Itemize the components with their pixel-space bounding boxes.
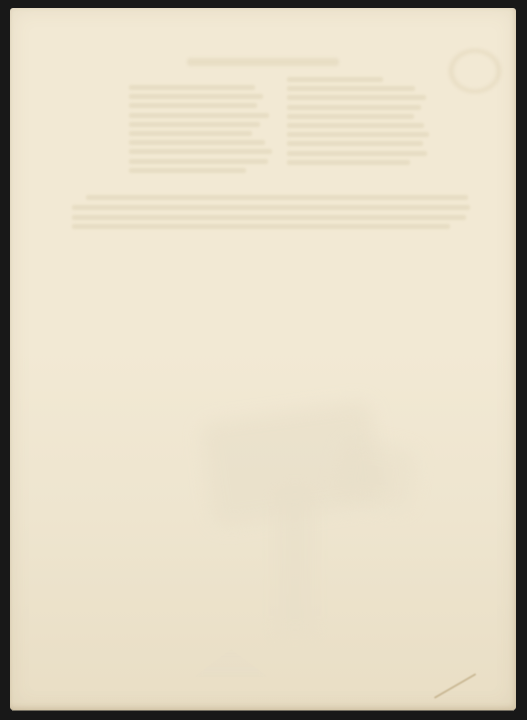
bleedthrough-text-line xyxy=(129,159,268,164)
page-bottom-edge-highlight xyxy=(12,710,514,711)
bleedthrough-text-line xyxy=(287,123,424,128)
bleedthrough-text-line xyxy=(287,105,421,110)
bleedthrough-text-column-right xyxy=(287,77,433,169)
bleedthrough-image-ghost xyxy=(333,438,419,512)
bleedthrough-text-line xyxy=(129,131,252,136)
scanned-page-screenshot: { "scan": { "description": "Blank aged b… xyxy=(0,0,527,720)
bleedthrough-text-line xyxy=(129,113,269,118)
bleedthrough-text-line xyxy=(129,103,257,108)
bleedthrough-text-line xyxy=(287,95,426,100)
bleedthrough-text-line xyxy=(129,85,255,90)
bleedthrough-text-column-left xyxy=(129,85,275,177)
bleedthrough-text-line xyxy=(287,151,427,156)
bleedthrough-text-line xyxy=(287,160,410,165)
diagonal-scratch xyxy=(434,673,476,698)
ring-stain xyxy=(448,48,502,94)
bleedthrough-image-ghost xyxy=(274,486,316,636)
bleedthrough-text-line xyxy=(287,114,414,119)
bleedthrough-text-line xyxy=(129,168,246,173)
bleedthrough-text-line xyxy=(86,195,468,200)
bleedthrough-text-line xyxy=(287,132,429,137)
bleedthrough-text-line xyxy=(129,140,265,145)
bleedthrough-text-line xyxy=(129,94,263,99)
bleedthrough-image-ghost xyxy=(200,401,385,528)
bleedthrough-text-line xyxy=(287,141,423,146)
bleedthrough-text-line xyxy=(129,149,272,154)
bleedthrough-text-line xyxy=(129,122,260,127)
bleedthrough-text-line xyxy=(287,86,415,91)
bleedthrough-text-line xyxy=(72,215,466,220)
triangle-smudge xyxy=(194,649,268,677)
bleedthrough-paragraph xyxy=(72,195,470,234)
bleedthrough-heading-smudge xyxy=(187,58,339,66)
bleedthrough-text-line xyxy=(72,224,450,229)
scanned-book-page xyxy=(10,8,516,710)
bleedthrough-text-line xyxy=(72,205,470,210)
bleedthrough-text-line xyxy=(287,77,383,82)
